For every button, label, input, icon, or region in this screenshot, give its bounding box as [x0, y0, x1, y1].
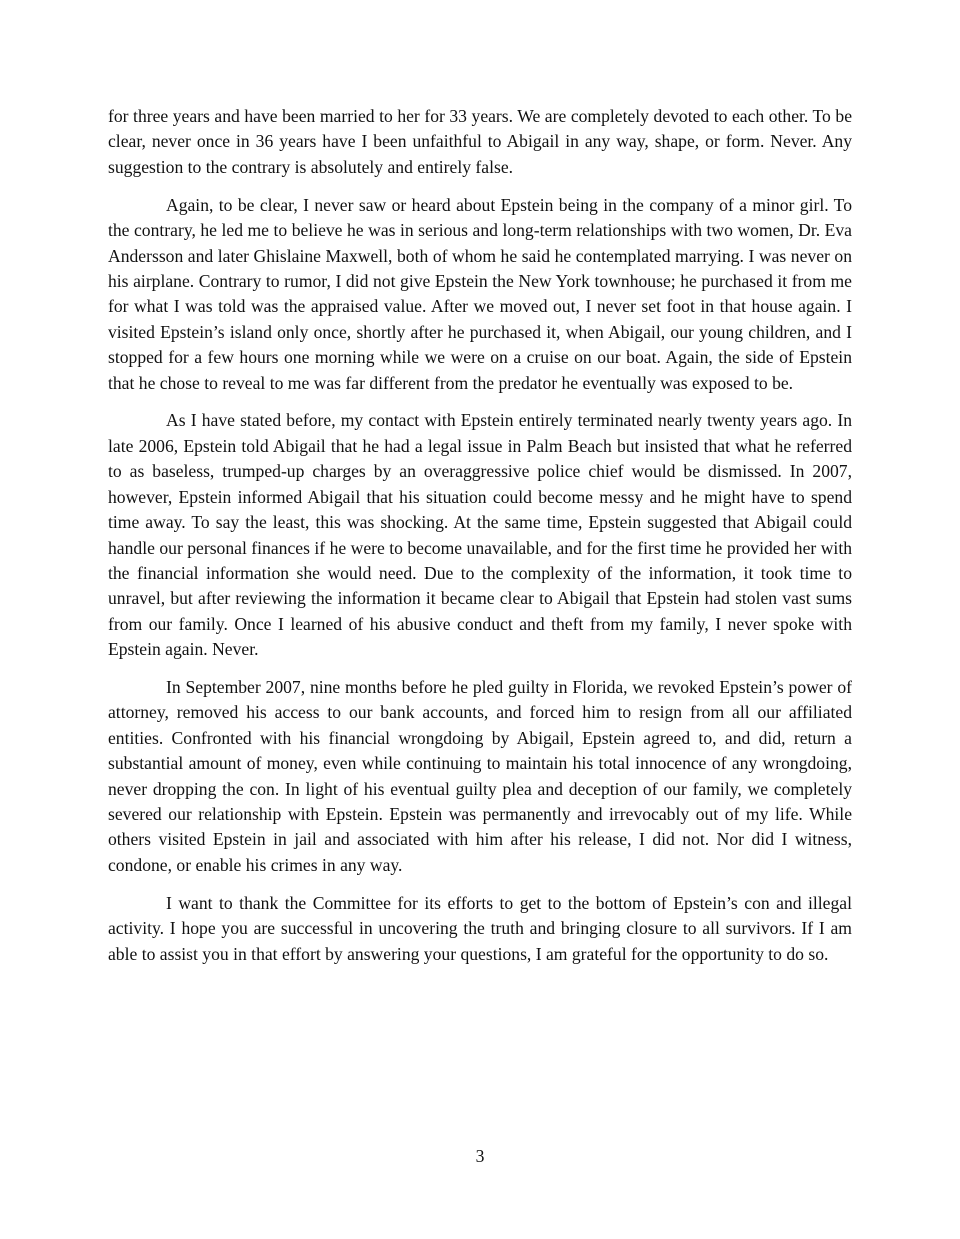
document-body: for three years and have been married to… — [108, 104, 852, 980]
paragraph-september-2007: In September 2007, nine months before he… — [108, 675, 852, 878]
page-number: 3 — [0, 1146, 960, 1167]
paragraph-no-knowledge: Again, to be clear, I never saw or heard… — [108, 193, 852, 396]
paragraph-continuation: for three years and have been married to… — [108, 104, 852, 180]
paragraph-contact-terminated: As I have stated before, my contact with… — [108, 408, 852, 662]
paragraph-thanks-committee: I want to thank the Committee for its ef… — [108, 891, 852, 967]
